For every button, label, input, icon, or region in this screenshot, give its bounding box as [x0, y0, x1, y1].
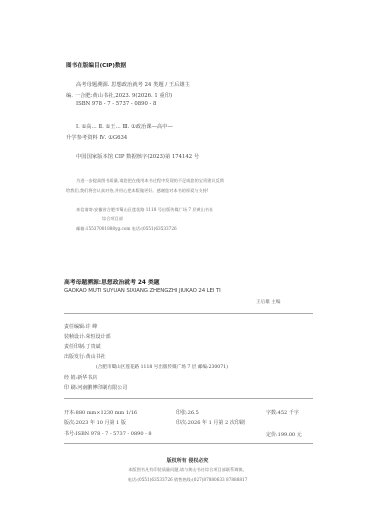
cip-line: 编. 一合肥:黄山书社,2023. 9(2026. 1 重印): [66, 91, 172, 99]
notice-line: 为进一步提高图书质量,请您把在使用本书过程中发现的不足或您的宝贵建议反馈: [76, 178, 224, 184]
credit-publisher-address: (合肥市蜀山区莲花路 1118 号出版传媒广场 7 层 邮编:230071): [96, 364, 228, 370]
credit-design: 装帧设计:荣恒设计部: [64, 333, 111, 340]
spec-edition: 版次:2023 年 10 月第 1 版: [64, 419, 126, 426]
credit-printer: 印 刷:河南鹏博印刷有限公司: [64, 384, 127, 391]
footer-quality-notice: 本版图书凡有印装质量问题,请与黄山书社综合项目部联系调换。: [0, 467, 375, 473]
credit-distributor: 经 销:新华书店: [64, 374, 97, 381]
divider: [64, 313, 313, 314]
spec-printing: 印次:2026 年 1 月第 2 次印刷: [176, 419, 245, 426]
spec-isbn: 书号:ISBN 978 - 7 - 5737 - 0890 - 8: [64, 430, 152, 437]
cip-line: 升学参考资料 Ⅳ. ①G634: [66, 133, 127, 141]
credit-editor: 责任编辑:许 峰: [64, 323, 97, 330]
cip-record: 中国国家版本馆 CIP 数据核字(2023)第 174142 号: [76, 152, 199, 160]
divider: [64, 443, 313, 444]
credit-publisher: 出版发行:黄山书社: [64, 353, 106, 360]
book-pinyin: GAOKAO MUTI SUYUAN SIXIANG ZHENGZHI JIUK…: [64, 288, 221, 294]
footer-phone: 电话:(0551)63533726 销售热线:(027)87880633 878…: [0, 477, 375, 483]
cip-line: Ⅰ. ①高… Ⅱ. ①王… Ⅲ. ①政治课—高中—: [76, 122, 173, 130]
cip-heading: 图书在版编目(CIP)数据: [66, 61, 126, 69]
spec-price: 定价:199.00 元: [266, 431, 302, 438]
divider: [64, 398, 313, 399]
contact-address: 来信请寄:安徽省合肥市蜀山区莲花路 1118 号出版传媒广场 7 层黄山书社: [76, 207, 213, 213]
contact-email-phone: 邮箱:15537001888yg.com 电话:(0551)63533726: [76, 226, 177, 232]
book-editor: 王后雄 主编: [256, 299, 280, 305]
rights-notice: 版权所有 侵权必究: [0, 457, 375, 464]
contact-dept: 综合项目部: [102, 216, 123, 222]
spec-sheets: 印张:26.5: [176, 409, 199, 416]
spec-format: 开本:880 mm×1230 mm 1/16: [64, 409, 137, 416]
cip-isbn: ISBN 978 - 7 - 5737 - 0890 - 8: [76, 101, 156, 107]
spec-words: 字数:452 千字: [266, 409, 299, 416]
credit-print-manager: 责任印制:丁贵斌: [64, 343, 101, 350]
cip-line: 高考母题溯源. 思想政治就考 24 类题 / 王后雄主: [76, 80, 190, 88]
notice-line: 给我们,我们将会认真对待,并用心把本版做更好。感谢您对本书的厚爱与支持!: [66, 188, 209, 194]
book-title: 高考母题溯源:思想政治就考 24 类题: [64, 277, 160, 286]
